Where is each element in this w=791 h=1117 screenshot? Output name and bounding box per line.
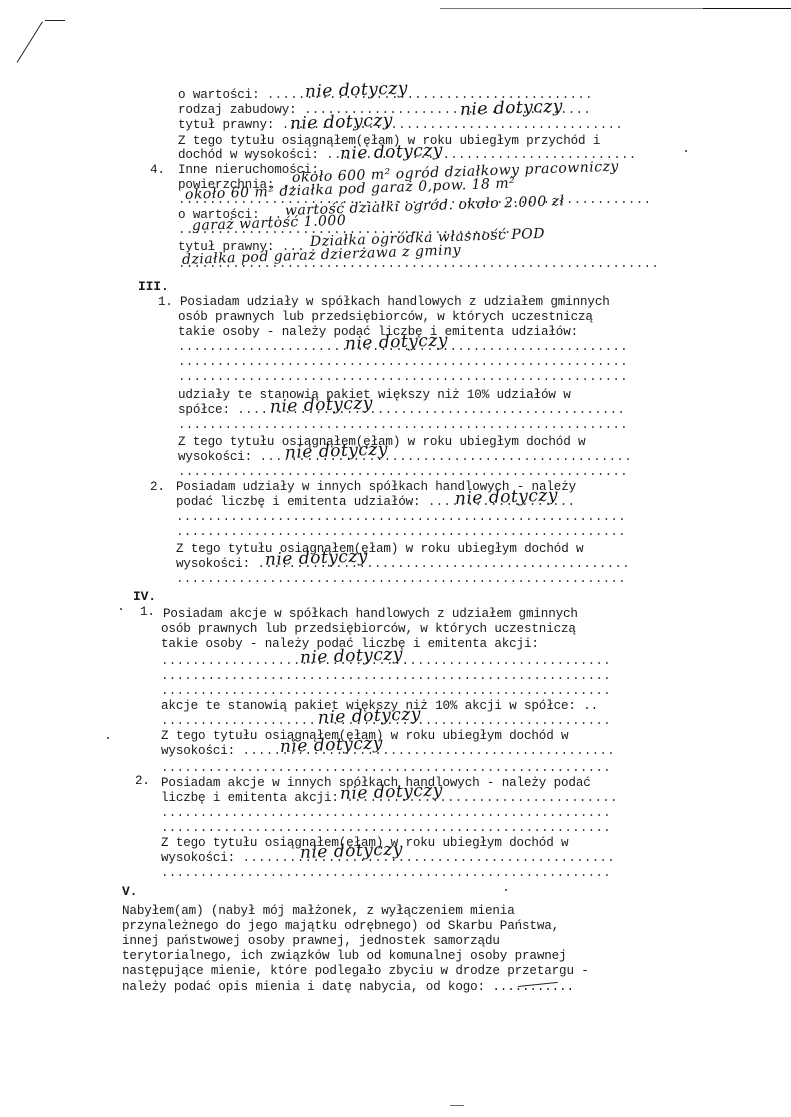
III-item1-dots-2: ........................................… — [178, 355, 628, 369]
III-item1-over10-dots: ........................................… — [178, 418, 628, 432]
IV-item1-text-2: osób prawnych lub przedsiębiorców, w któ… — [161, 622, 576, 636]
V-text-4: terytorialnego, ich związków lub od komu… — [122, 949, 566, 963]
IV-item2-number: 2. — [135, 774, 150, 788]
III-item2-number: 2. — [150, 480, 165, 494]
scan-speck — [107, 737, 109, 739]
legal-title-handwritten: nie dotyczy — [290, 110, 394, 134]
income-handwritten: nie dotyczy — [340, 140, 444, 164]
III-item1-income-dots: ........................................… — [178, 465, 628, 479]
III-item1-dots-3: ........................................… — [178, 370, 628, 384]
III-item1-text-2: osób prawnych lub przedsiębiorców, w któ… — [178, 310, 593, 324]
legal-title-label: tytuł prawny: ..........................… — [178, 118, 623, 132]
V-text-6: należy podać opis mienia i datę nabycia,… — [122, 980, 574, 994]
V-text-1: Nabyłem(am) (nabył mój małżonek, z wyłąc… — [122, 904, 515, 918]
item4-number: 4. — [150, 163, 165, 177]
III-item2-income-handwritten: nie dotyczy — [265, 546, 369, 570]
III-item2-income-2: wysokości: .............................… — [176, 557, 630, 571]
IV-item1-number: 1. — [140, 605, 155, 619]
scan-corner-mark — [17, 22, 43, 63]
IV-item1-text-1: Posiadam akcje w spółkach handlowych z u… — [163, 607, 578, 621]
scanned-document-page: o wartości: ............................… — [0, 0, 791, 1117]
III-item2-income-dots: ........................................… — [176, 572, 626, 586]
IV-item1-dots-2: ........................................… — [161, 669, 611, 683]
IV-item1-dots-3: ........................................… — [161, 684, 611, 698]
IV-item2-income-handwritten: nie dotyczy — [300, 839, 404, 863]
III-item1-over10-1: udziały te stanowią pakiet większy niż 1… — [178, 388, 571, 402]
scan-corner-mark-top — [45, 20, 65, 21]
V-text-3: innej państwowej osoby prawnej, jednoste… — [122, 934, 500, 948]
IV-item2-dots-1: ........................................… — [161, 806, 611, 820]
scan-speck — [120, 608, 122, 610]
IV-item2-answer-handwritten: nie dotyczy — [340, 780, 444, 804]
scan-speck — [685, 150, 687, 152]
III-item1-income-handwritten: nie dotyczy — [285, 439, 389, 463]
III-item2-dots-1: ........................................… — [176, 510, 626, 524]
IV-item1-income-handwritten: nie dotyczy — [280, 733, 384, 757]
section-III-heading: III. — [138, 280, 169, 294]
value-handwritten: nie dotyczy — [305, 78, 409, 102]
III-item1-answer-handwritten: nie dotyczy — [345, 330, 449, 354]
IV-item2-income-dots: ........................................… — [161, 866, 611, 880]
III-item1-text-1: Posiadam udziały w spółkach handlowych z… — [180, 295, 610, 309]
scan-speck — [505, 889, 507, 891]
building-type-handwritten: nie dotyczy — [460, 96, 564, 120]
V-text-5: następujące mienie, które podlegało zbyc… — [122, 964, 589, 978]
IV-item1-over10-handwritten: nie dotyczy — [318, 704, 422, 728]
III-item1-income-2: wysokości: .............................… — [178, 450, 632, 464]
IV-item1-income-dots: ........................................… — [161, 761, 611, 775]
III-item2-dots-2: ........................................… — [176, 525, 626, 539]
section-IV-heading: IV. — [133, 590, 156, 604]
IV-item2-dots-2: ........................................… — [161, 821, 611, 835]
IV-item1-answer-handwritten: nie dotyczy — [300, 644, 404, 668]
IV-item1-income-2: wysokości: .............................… — [161, 744, 615, 758]
scan-top-edge-dark — [703, 8, 791, 9]
III-item2-answer-handwritten: nie dotyczy — [455, 485, 559, 509]
III-item1-number: 1. — [158, 295, 173, 309]
section-V-heading: V. — [122, 885, 137, 899]
V-text-2: przynależnego do jego majątku odrębnego)… — [122, 919, 559, 933]
III-item2-income-1: Z tego tytułu osiągnąłem(ęłam) w roku ub… — [176, 542, 583, 556]
III-item1-over10-2: spółce: ................................… — [178, 403, 625, 417]
III-item1-over10-handwritten: nie dotyczy — [270, 393, 374, 417]
scan-bottom-mark — [450, 1105, 464, 1106]
